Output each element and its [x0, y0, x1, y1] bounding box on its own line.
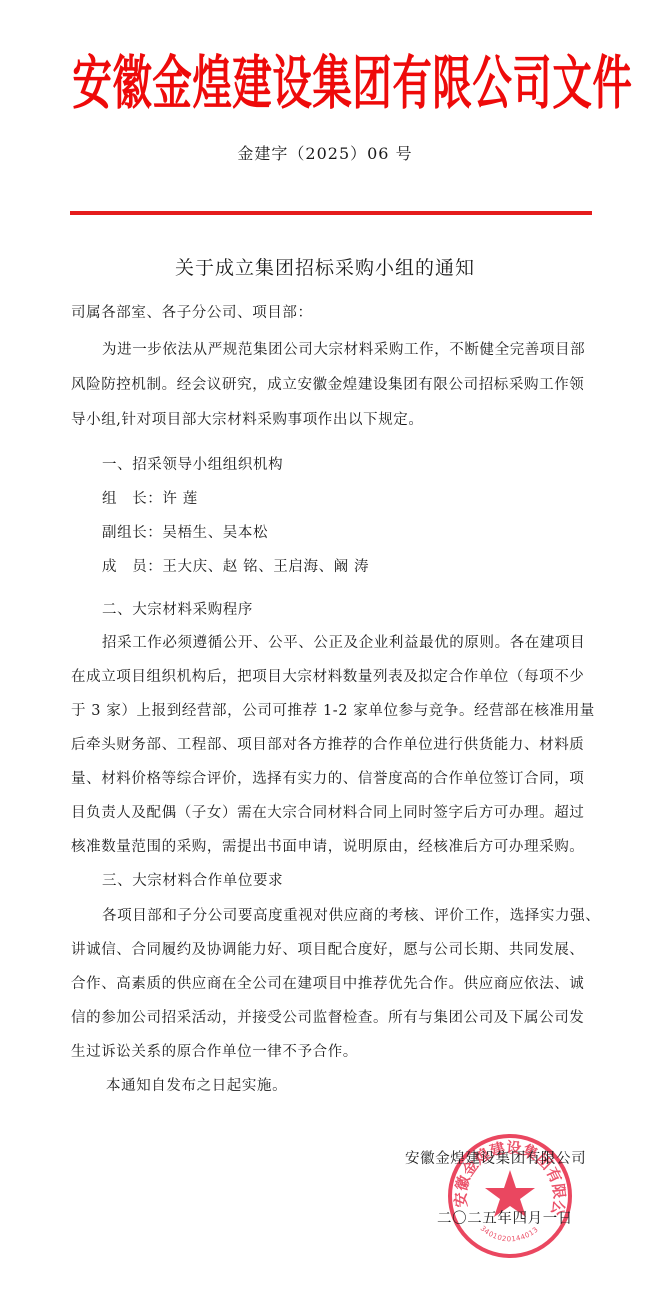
title-char: 团 — [352, 54, 379, 112]
section-3-line: 合作、高素质的供应商在全公司在建项目中推荐优先合作。供应商应依法、诚 — [71, 972, 584, 993]
title-char: 徽 — [112, 54, 139, 112]
title-char: 文 — [552, 54, 579, 112]
section-2-line: 后牵头财务部、工程部、项目部对各方推荐的合作单位进行供货能力、材料质 — [71, 733, 584, 754]
section-1-heading: 一、招采领导小组组织机构 — [102, 453, 283, 474]
section-3-line: 信的参加公司招采活动，并接受公司监督检查。所有与集团公司及下属公司发 — [71, 1006, 584, 1027]
section-2-line: 目负责人及配偶（子女）需在大宗合同材料合同上同时签字后方可办理。超过 — [71, 801, 584, 822]
title-char: 件 — [592, 54, 619, 112]
signature-date: 二〇二五年四月一日 — [437, 1207, 573, 1228]
title-char: 设 — [272, 54, 299, 112]
title-char: 安 — [72, 54, 99, 112]
document-number: 金建字（2025）06 号 — [0, 141, 650, 164]
title-char: 司 — [512, 54, 539, 112]
title-char: 有 — [392, 54, 419, 112]
section-2-line: 核准数量范围的采购，需提出书面申请，说明原由，经核准后方可办理采购。 — [71, 835, 584, 856]
title-char: 公 — [472, 54, 499, 112]
document-header-title: 安 徽 金 煌 建 设 集 团 有 限 公 司 文 件 — [66, 40, 596, 126]
section-2-line: 于 3 家）上报到经营部，公司可推荐 1-2 家单位参与竞争。经营部在核准用量 — [71, 699, 595, 720]
title-char: 金 — [152, 54, 179, 112]
section-2-line: 量、材料价格等综合评价，选择有实力的、信誉度高的合作单位签订合同，项 — [71, 767, 584, 788]
notice-title: 关于成立集团招标采购小组的通知 — [0, 253, 650, 280]
title-char: 集 — [312, 54, 339, 112]
title-char: 建 — [232, 54, 259, 112]
intro-line: 为进一步依法从严规范集团公司大宗材料采购工作，不断健全完善项目部 — [102, 338, 585, 359]
section-2-line: 招采工作必须遵循公开、公平、公正及企业利益最优的原则。各在建项目 — [102, 631, 585, 652]
deputy-leader-line: 副组长：吴梧生、吴本松 — [102, 521, 268, 542]
section-2-line: 在成立项目组织机构后，把项目大宗材料数量列表及拟定合作单位（每项不少 — [71, 665, 584, 686]
section-3-line: 生过诉讼关系的原合作单位一律不予合作。 — [71, 1040, 358, 1061]
section-2-heading: 二、大宗材料采购程序 — [102, 598, 253, 619]
addressee: 司属各部室、各子分公司、项目部： — [71, 301, 313, 322]
red-divider-rule — [70, 211, 592, 215]
intro-line: 导小组,针对项目部大宗材料采购事项作出以下规定。 — [71, 408, 424, 429]
signature-company: 安徽金煌建设集团有限公司 — [405, 1147, 586, 1168]
title-char: 煌 — [192, 54, 219, 112]
section-3-line: 各项目部和子分公司要高度重视对供应商的考核、评价工作，选择实力强、 — [102, 904, 600, 925]
section-3-line: 讲诚信、合同履约及协调能力好、项目配合度好，愿与公司长期、共同发展、 — [71, 938, 584, 959]
closing-statement: 本通知自发布之日起实施。 — [106, 1074, 287, 1095]
section-3-heading: 三、大宗材料合作单位要求 — [102, 869, 283, 890]
title-char: 限 — [432, 54, 459, 112]
members-line: 成 员：王大庆、赵 铭、王启海、阚 涛 — [102, 555, 369, 576]
intro-line: 风险防控机制。经会议研究，成立安徽金煌建设集团有限公司招标采购工作领 — [71, 373, 584, 394]
leader-line: 组 长：许 莲 — [102, 487, 198, 508]
